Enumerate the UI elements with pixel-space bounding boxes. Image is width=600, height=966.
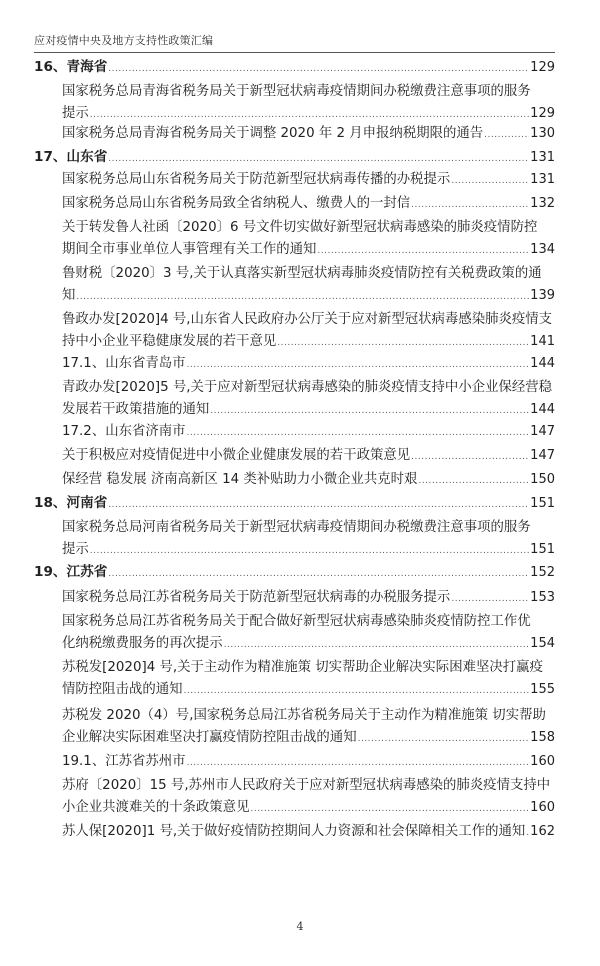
toc-entry-text-line: 苏税发[2020]4 号,关于主动作为精准施策 切实帮助企业解决实际困难坚决打赢…	[62, 657, 555, 679]
toc-entry-last-line: 国家税务总局江苏省税务局关于防范新型冠状病毒的办税服务提示153	[62, 587, 555, 611]
dot-leader	[76, 287, 529, 309]
toc-entry-text: 提示	[62, 103, 89, 125]
toc-entry-text-line: 鲁政办发[2020]4 号,山东省人民政府办公厅关于应对新型冠状病毒感染肺炎疫情…	[62, 309, 555, 331]
dot-leader	[451, 171, 529, 193]
toc-entry[interactable]: 国家税务总局河南省税务局关于新型冠状病毒疫情期间办税缴费注意事项的服务提示151	[62, 517, 555, 562]
dot-leader	[187, 423, 530, 445]
toc-entry[interactable]: 鲁政办发[2020]4 号,山东省人民政府办公厅关于应对新型冠状病毒感染肺炎疫情…	[62, 309, 555, 354]
dot-leader	[224, 635, 529, 657]
toc-page-number[interactable]: 130	[530, 123, 555, 145]
toc-section-heading[interactable]: 16、青海省129	[34, 57, 555, 81]
toc-entry-text: 国家税务总局青海省税务局关于调整 2020 年 2 月申报纳税期限的通告	[62, 123, 483, 145]
dot-leader	[184, 681, 530, 703]
toc-entry-text: 情防控阻击战的通知	[62, 679, 183, 701]
toc-section-heading[interactable]: 17、山东省131	[34, 147, 555, 171]
toc-entry-text: 持中小企业平稳健康发展的若干意见	[62, 331, 276, 353]
toc-entry-text: 17.1、山东省青岛市	[62, 353, 186, 375]
toc-entry-last-line: 19、江苏省152	[34, 562, 555, 586]
toc-entry-last-line: 化纳税缴费服务的再次提示154	[62, 633, 555, 657]
toc-entry-last-line: 提示151	[62, 539, 555, 563]
dot-leader	[317, 241, 529, 263]
toc-section-heading[interactable]: 18、河南省151	[34, 493, 555, 517]
toc-entry[interactable]: 国家税务总局江苏省税务局关于配合做好新型冠状病毒感染肺炎疫情防控工作优化纳税缴费…	[62, 611, 555, 656]
toc-entry-last-line: 情防控阻击战的通知155	[62, 679, 555, 703]
toc-entry[interactable]: 17.2、山东省济南市147	[62, 421, 555, 445]
dot-leader	[418, 471, 529, 493]
toc-entry-text-line: 国家税务总局河南省税务局关于新型冠状病毒疫情期间办税缴费注意事项的服务	[62, 517, 555, 539]
toc-entry-text: 国家税务总局江苏省税务局关于防范新型冠状病毒的办税服务提示	[62, 587, 450, 609]
toc-entry-text-line: 国家税务总局青海省税务局关于新型冠状病毒疫情期间办税缴费注意事项的服务	[62, 81, 555, 103]
toc-page-number[interactable]: 144	[530, 353, 555, 375]
toc-page-number[interactable]: 152	[530, 562, 555, 584]
toc-entry[interactable]: 国家税务总局青海省税务局关于调整 2020 年 2 月申报纳税期限的通告130	[62, 123, 555, 147]
dot-leader	[90, 541, 529, 563]
dot-leader	[108, 564, 529, 586]
dot-leader	[277, 333, 529, 355]
toc-entry-last-line: 小企业共渡难关的十条政策意见160	[62, 797, 555, 821]
toc-page-number[interactable]: 147	[530, 445, 555, 467]
toc-entry-last-line: 企业解决实际困难坚决打赢疫情防控阻击战的通知158	[62, 727, 555, 751]
toc-page-number[interactable]: 162	[530, 821, 555, 843]
toc-entry-last-line: 苏人保[2020]1 号,关于做好疫情防控期间人力资源和社会保障相关工作的通知1…	[62, 821, 555, 845]
toc-entry-text: 企业解决实际困难坚决打赢疫情防控阻击战的通知	[62, 727, 357, 749]
dot-leader	[526, 823, 529, 845]
toc-entry[interactable]: 苏人保[2020]1 号,关于做好疫情防控期间人力资源和社会保障相关工作的通知1…	[62, 821, 555, 845]
dot-leader	[187, 355, 530, 377]
toc-page-number[interactable]: 153	[530, 587, 555, 609]
toc-entry-text-line: 鲁财税〔2020〕3 号,关于认真落实新型冠状病毒肺炎疫情防控有关税费政策的通	[62, 263, 555, 285]
toc-page-number[interactable]: 131	[530, 147, 555, 169]
toc-entry-text: 提示	[62, 539, 89, 561]
toc-entry-last-line: 18、河南省151	[34, 493, 555, 517]
toc-entry-text-line: 国家税务总局江苏省税务局关于配合做好新型冠状病毒感染肺炎疫情防控工作优	[62, 611, 555, 633]
toc-entry[interactable]: 关于转发鲁人社函〔2020〕6 号文件切实做好新型冠状病毒感染的肺炎疫情防控期间…	[62, 217, 555, 262]
toc-entry-text: 苏人保[2020]1 号,关于做好疫情防控期间人力资源和社会保障相关工作的通知	[62, 821, 525, 843]
toc-entry[interactable]: 19.1、江苏省苏州市160	[62, 751, 555, 775]
toc-page-number[interactable]: 151	[530, 539, 555, 561]
toc-entry-text: 19.1、江苏省苏州市	[62, 751, 186, 773]
toc-entry[interactable]: 青政办发[2020]5 号,关于应对新型冠状病毒感染的肺炎疫情支持中小企业保经营…	[62, 377, 555, 422]
toc-entry[interactable]: 鲁财税〔2020〕3 号,关于认真落实新型冠状病毒肺炎疫情防控有关税费政策的通知…	[62, 263, 555, 308]
toc-entry[interactable]: 保经营 稳发展 济南高新区 14 类补贴助力小微企业共克时艰150	[62, 469, 555, 493]
toc-entry[interactable]: 国家税务总局青海省税务局关于新型冠状病毒疫情期间办税缴费注意事项的服务提示129	[62, 81, 555, 126]
toc-entry-text: 16、青海省	[34, 57, 107, 79]
toc-entry[interactable]: 关于积极应对疫情促进中小微企业健康发展的若干政策意见147	[62, 445, 555, 469]
toc-entry-last-line: 16、青海省129	[34, 57, 555, 81]
toc-entry-last-line: 持中小企业平稳健康发展的若干意见141	[62, 331, 555, 355]
toc-entry-text: 保经营 稳发展 济南高新区 14 类补贴助力小微企业共克时艰	[62, 469, 417, 491]
toc-page-number[interactable]: 144	[530, 399, 555, 421]
dot-leader	[250, 799, 529, 821]
toc-entry-text: 关于积极应对疫情促进中小微企业健康发展的若干政策意见	[62, 445, 410, 467]
toc-entry-text: 国家税务总局山东省税务局致全省纳税人、缴费人的一封信	[62, 193, 410, 215]
toc-page-number[interactable]: 129	[530, 103, 555, 125]
toc-page-number[interactable]: 160	[530, 797, 555, 819]
toc-entry-text: 17、山东省	[34, 147, 107, 169]
toc-page-number[interactable]: 154	[530, 633, 555, 655]
toc-entry[interactable]: 国家税务总局山东省税务局关于防范新型冠状病毒传播的办税提示131	[62, 169, 555, 193]
toc-page-number[interactable]: 141	[530, 331, 555, 353]
dot-leader	[210, 401, 529, 423]
toc-entry-last-line: 19.1、江苏省苏州市160	[62, 751, 555, 775]
toc-entry-last-line: 国家税务总局山东省税务局关于防范新型冠状病毒传播的办税提示131	[62, 169, 555, 193]
toc-entry-text: 18、河南省	[34, 493, 107, 515]
toc-entry-text: 小企业共渡难关的十条政策意见	[62, 797, 249, 819]
dot-leader	[484, 125, 529, 147]
toc-page-number[interactable]: 139	[530, 285, 555, 307]
dot-leader	[358, 729, 530, 751]
toc-entry-last-line: 国家税务总局山东省税务局致全省纳税人、缴费人的一封信132	[62, 193, 555, 217]
dot-leader	[108, 495, 529, 517]
toc-entry-text: 发展若干政策措施的通知	[62, 399, 209, 421]
toc-entry-last-line: 知139	[62, 285, 555, 309]
toc-page-number[interactable]: 147	[530, 421, 555, 443]
toc-section-heading[interactable]: 19、江苏省152	[34, 562, 555, 586]
toc-entry-text: 期间全市事业单位人事管理有关工作的通知	[62, 239, 316, 261]
dot-leader	[108, 149, 529, 171]
toc-entry-text-line: 苏府〔2020〕15 号,苏州市人民政府关于应对新型冠状病毒感染的肺炎疫情支持中	[62, 775, 555, 797]
toc-page-number[interactable]: 134	[530, 239, 555, 261]
toc-entry-text-line: 苏税发 2020（4）号,国家税务总局江苏省税务局关于主动作为精准施策 切实帮助	[62, 705, 555, 727]
toc-entry-text-line: 关于转发鲁人社函〔2020〕6 号文件切实做好新型冠状病毒感染的肺炎疫情防控	[62, 217, 555, 239]
toc-page-number[interactable]: 129	[530, 57, 555, 79]
toc-entry-text: 19、江苏省	[34, 562, 107, 584]
toc-entry-text-line: 青政办发[2020]5 号,关于应对新型冠状病毒感染的肺炎疫情支持中小企业保经营…	[62, 377, 555, 399]
toc-entry-text: 17.2、山东省济南市	[62, 421, 186, 443]
running-header: 应对疫情中央及地方支持性政策汇编	[34, 30, 555, 53]
toc-entry-last-line: 国家税务总局青海省税务局关于调整 2020 年 2 月申报纳税期限的通告130	[62, 123, 555, 147]
toc-entry-text: 化纳税缴费服务的再次提示	[62, 633, 223, 655]
toc-entry-text: 知	[62, 285, 75, 307]
toc-page-number[interactable]: 155	[530, 679, 555, 701]
toc-entry-last-line: 关于积极应对疫情促进中小微企业健康发展的若干政策意见147	[62, 445, 555, 469]
toc-entry[interactable]: 苏税发 2020（4）号,国家税务总局江苏省税务局关于主动作为精准施策 切实帮助…	[62, 705, 555, 750]
page-number: 4	[0, 920, 600, 933]
dot-leader	[411, 447, 529, 469]
toc-entry[interactable]: 17.1、山东省青岛市144	[62, 353, 555, 377]
toc-entry-last-line: 期间全市事业单位人事管理有关工作的通知134	[62, 239, 555, 263]
toc-entry-last-line: 17.1、山东省青岛市144	[62, 353, 555, 377]
toc-page-number[interactable]: 158	[530, 727, 555, 749]
dot-leader	[411, 195, 529, 217]
toc-page-number[interactable]: 150	[530, 469, 555, 491]
toc-entry[interactable]: 苏税发[2020]4 号,关于主动作为精准施策 切实帮助企业解决实际困难坚决打赢…	[62, 657, 555, 702]
toc-entry-text: 国家税务总局山东省税务局关于防范新型冠状病毒传播的办税提示	[62, 169, 450, 191]
toc-entry[interactable]: 国家税务总局江苏省税务局关于防范新型冠状病毒的办税服务提示153	[62, 587, 555, 611]
toc-page-number[interactable]: 132	[530, 193, 555, 215]
toc-entry-last-line: 发展若干政策措施的通知144	[62, 399, 555, 423]
toc-entry-last-line: 保经营 稳发展 济南高新区 14 类补贴助力小微企业共克时艰150	[62, 469, 555, 493]
dot-leader	[187, 753, 530, 775]
running-header-title: 应对疫情中央及地方支持性政策汇编	[34, 32, 213, 48]
dot-leader	[451, 589, 529, 611]
toc-page-number[interactable]: 131	[530, 169, 555, 191]
dot-leader	[108, 59, 529, 81]
toc-entry-last-line: 17.2、山东省济南市147	[62, 421, 555, 445]
toc-page-number[interactable]: 151	[530, 493, 555, 515]
toc-entry[interactable]: 苏府〔2020〕15 号,苏州市人民政府关于应对新型冠状病毒感染的肺炎疫情支持中…	[62, 775, 555, 820]
toc-page-number[interactable]: 160	[530, 751, 555, 773]
toc-entry-last-line: 17、山东省131	[34, 147, 555, 171]
toc-entry[interactable]: 国家税务总局山东省税务局致全省纳税人、缴费人的一封信132	[62, 193, 555, 217]
